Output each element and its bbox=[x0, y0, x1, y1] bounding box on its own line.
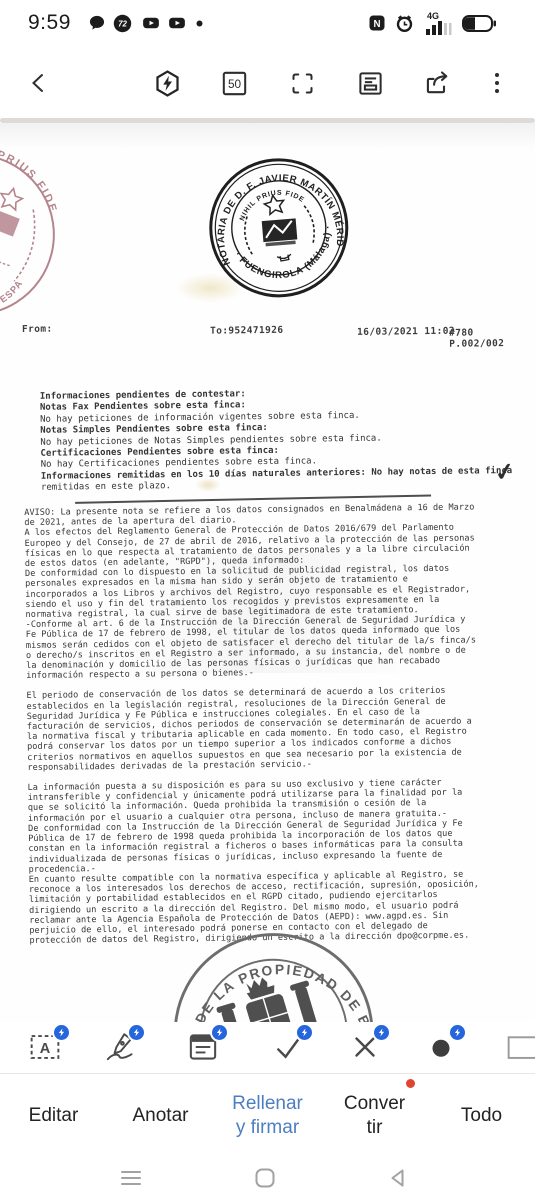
app-toolbar: 50 bbox=[0, 46, 535, 119]
crop-icon[interactable] bbox=[287, 68, 317, 98]
square-tool[interactable] bbox=[505, 1030, 535, 1064]
check-tool[interactable] bbox=[271, 1030, 305, 1064]
fax-to: To:952471926 bbox=[210, 325, 284, 337]
alarm-icon bbox=[395, 14, 414, 33]
reader-view-icon[interactable] bbox=[355, 68, 385, 98]
back-icon[interactable] bbox=[386, 1166, 410, 1190]
notary-stamp: NOTARIA DE D. F. JAVIER MARTÍN MÉRIDA · … bbox=[191, 140, 366, 315]
notification-red-dot bbox=[406, 1079, 415, 1088]
chat-bubble-icon bbox=[88, 14, 106, 32]
svg-text:72: 72 bbox=[118, 20, 127, 29]
tab-convertir-label: Conver tir bbox=[344, 1092, 405, 1140]
corner-notarial-stamp: PRIUS FIDE RIALES DE ESPAÑA bbox=[0, 126, 82, 343]
premium-badge-icon bbox=[52, 1023, 71, 1042]
signal-4g-icon: 4G bbox=[424, 10, 452, 36]
svg-text:PRIUS FIDE: PRIUS FIDE bbox=[0, 148, 70, 217]
svg-text:N: N bbox=[373, 19, 380, 30]
tab-anotar[interactable]: Anotar bbox=[107, 1074, 214, 1158]
nfc-icon: N bbox=[368, 14, 386, 32]
back-icon[interactable] bbox=[24, 68, 54, 98]
clock-time: 9:59 bbox=[28, 11, 71, 35]
conservacion-paragraph: El periodo de conservación de los datos … bbox=[26, 685, 527, 773]
svg-text:A: A bbox=[40, 1041, 51, 1057]
signature-tool[interactable] bbox=[103, 1030, 137, 1064]
svg-text:4G: 4G bbox=[427, 11, 439, 21]
document-page[interactable]: PRIUS FIDE RIALES DE ESPAÑA NOTARIA DE D bbox=[0, 123, 535, 1022]
page-count-badge[interactable]: 50 bbox=[219, 68, 249, 98]
cross-tool[interactable] bbox=[348, 1030, 382, 1064]
premium-badge-icon bbox=[210, 1023, 229, 1042]
recents-icon[interactable] bbox=[119, 1166, 143, 1190]
premium-badge-icon bbox=[295, 1023, 314, 1042]
tab-rellenar-y-firmar[interactable]: Rellenar y firmar bbox=[214, 1074, 321, 1158]
horizontal-rule bbox=[75, 494, 431, 503]
fax-datetime: 16/03/2021 11:02 bbox=[357, 326, 455, 338]
bottom-nav: Editar Anotar Rellenar y firmar Conver t… bbox=[0, 1074, 535, 1158]
dot-tool[interactable] bbox=[424, 1030, 458, 1064]
home-icon[interactable] bbox=[253, 1166, 277, 1190]
youtube-icon bbox=[167, 14, 187, 32]
premium-badge-icon bbox=[127, 1023, 146, 1042]
youtube-icon bbox=[141, 14, 161, 32]
aviso-paragraph: AVISO: La presente nota se refiere a los… bbox=[24, 502, 526, 682]
status-bar: 9:59 72 N 4G bbox=[0, 0, 535, 46]
svg-text:50: 50 bbox=[227, 77, 241, 91]
handwritten-check: ✓ bbox=[493, 457, 517, 489]
info-block: Informaciones pendientes de contestar: N… bbox=[40, 386, 523, 495]
overflow-menu-icon[interactable] bbox=[482, 68, 512, 98]
notification-dot bbox=[196, 20, 203, 27]
tab-convertir[interactable]: Conver tir bbox=[321, 1074, 428, 1158]
legal-text: AVISO: La presente nota se refiere a los… bbox=[24, 502, 529, 956]
fax-page-number: #780 P.002/002 bbox=[449, 327, 532, 350]
date-field-tool[interactable] bbox=[186, 1030, 220, 1064]
battery-icon bbox=[462, 15, 496, 32]
fax-from: From: bbox=[22, 324, 53, 335]
app-72-icon: 72 bbox=[113, 14, 132, 33]
tab-editar[interactable]: Editar bbox=[0, 1074, 107, 1158]
android-navigation-bar bbox=[0, 1158, 535, 1200]
fax-header: From: To:952471926 16/03/2021 11:02 #780… bbox=[0, 318, 532, 325]
text-box-tool[interactable]: A bbox=[28, 1030, 62, 1064]
premium-badge-icon bbox=[448, 1023, 467, 1042]
premium-badge-icon bbox=[372, 1023, 391, 1042]
share-icon[interactable] bbox=[422, 68, 452, 98]
fill-sign-toolbar: A bbox=[0, 1022, 535, 1073]
flash-hexagon-icon[interactable] bbox=[152, 68, 182, 98]
tab-todo[interactable]: Todo bbox=[428, 1074, 535, 1158]
